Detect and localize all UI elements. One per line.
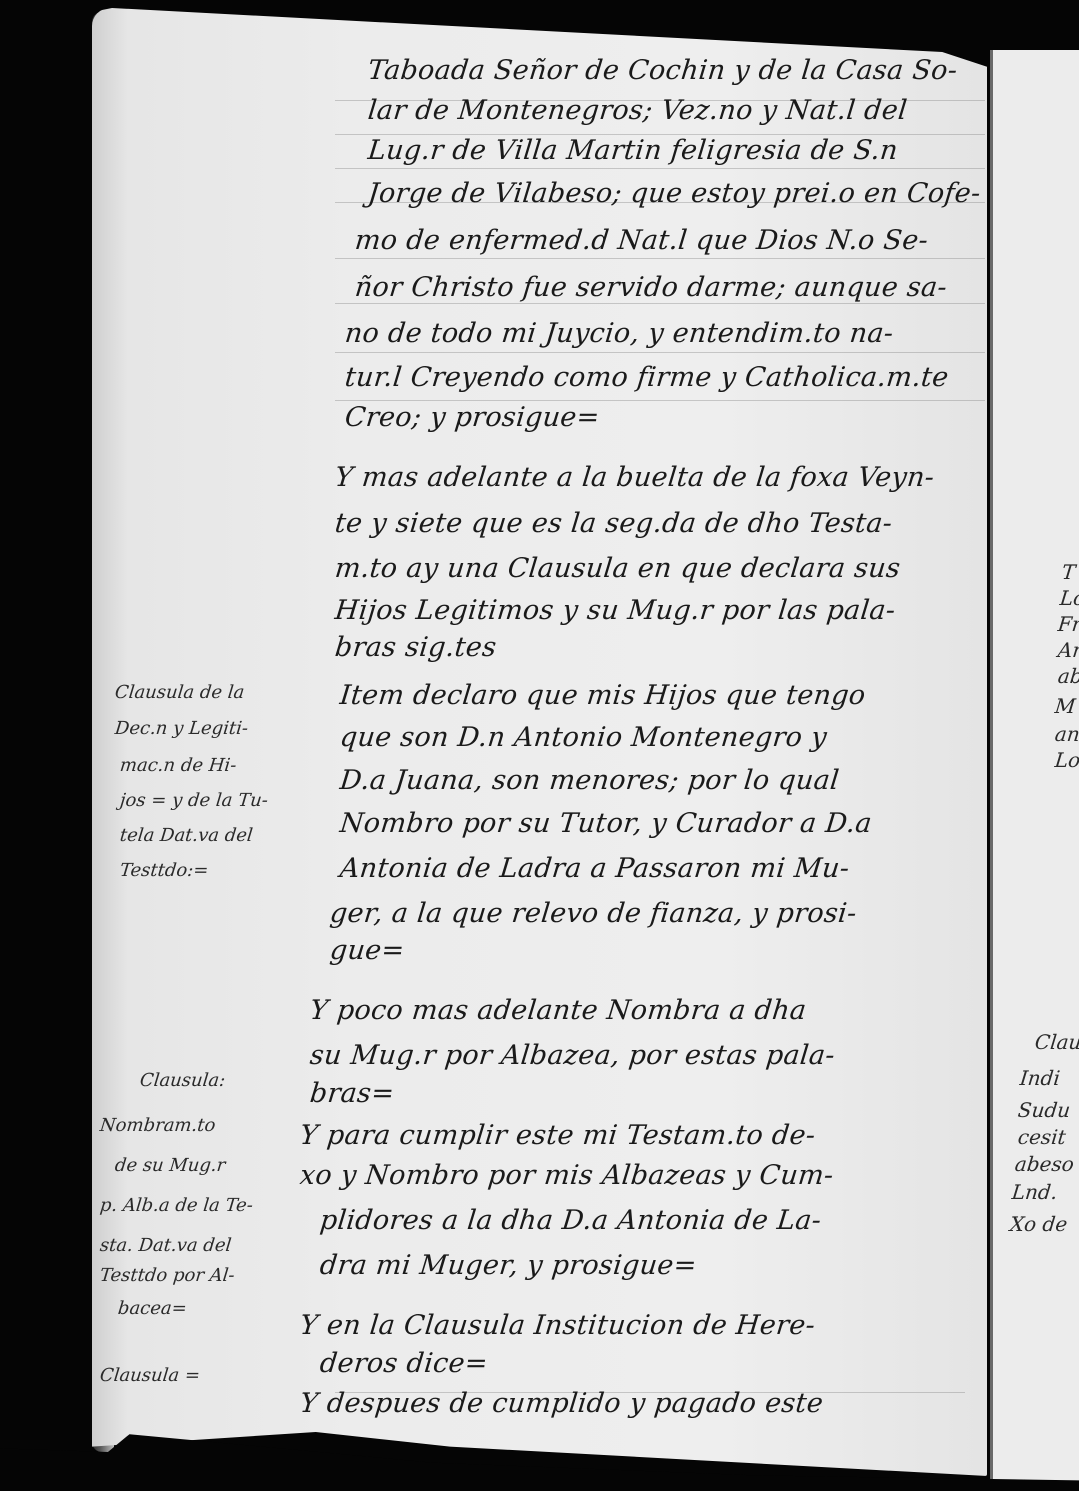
- text-line: Y para cumplir este mi Testam.to de-: [298, 1120, 817, 1151]
- ruled-line: [335, 303, 985, 304]
- text-line: dra mi Muger, y prosigue=: [318, 1250, 698, 1281]
- text-line: Taboada Señor de Cochin y de la Casa So-: [366, 55, 959, 86]
- adjacent-fragment: Lnd.: [1011, 1180, 1059, 1204]
- text-line: m.to ay una Clausula en que declara sus: [333, 553, 902, 584]
- text-line: gue=: [328, 935, 406, 966]
- text-line: D.a Juana, son menores; por lo qual: [338, 765, 840, 796]
- margin-note: p. Alb.a de la Te-: [99, 1195, 254, 1216]
- text-line: Item declaro que mis Hijos que tengo: [338, 680, 867, 711]
- text-line: te y siete que es la seg.da de dho Testa…: [333, 508, 893, 539]
- text-line: ger, a la que relevo de fianza, y prosi-: [328, 898, 858, 929]
- text-line: Y mas adelante a la buelta de la foxa Ve…: [333, 462, 935, 493]
- text-line: Y despues de cumplido y pagado este: [298, 1388, 824, 1419]
- margin-note: Testtdo por Al-: [99, 1265, 236, 1286]
- adjacent-fragment: Fr: [1057, 612, 1079, 636]
- text-line: tur.l Creyendo como firme y Catholica.m.…: [343, 362, 950, 393]
- margin-note: Clausula =: [99, 1365, 201, 1386]
- text-line: no de todo mi Juycio, y entendim.to na-: [343, 318, 895, 349]
- margin-note: sta. Dat.va del: [99, 1235, 233, 1256]
- text-line: mo de enfermed.d Nat.l que Dios N.o Se-: [353, 225, 929, 256]
- adjacent-fragment: cesit: [1017, 1125, 1067, 1149]
- text-line: deros dice=: [318, 1348, 489, 1379]
- text-line: xo y Nombro por mis Albazeas y Cum-: [298, 1160, 835, 1191]
- ruled-line: [335, 168, 985, 169]
- adjacent-fragment: an: [1054, 722, 1079, 746]
- margin-note: tela Dat.va del: [119, 825, 254, 846]
- adjacent-fragment: Xo de: [1009, 1212, 1069, 1236]
- margin-note: Dec.n y Legiti-: [114, 718, 249, 739]
- adjacent-fragment: T: [1061, 560, 1077, 584]
- adjacent-fragment: Lo: [1054, 748, 1079, 772]
- ruled-line: [335, 258, 985, 259]
- text-line: Antonia de Ladra a Passaron mi Mu-: [338, 853, 851, 884]
- text-line: Jorge de Vilabeso; que estoy prei.o en C…: [366, 178, 982, 209]
- text-line: su Mug.r por Albazea, por estas pala-: [308, 1040, 836, 1071]
- text-line: Creo; y prosigue=: [343, 402, 601, 433]
- margin-note: de su Mug.r: [114, 1155, 227, 1176]
- text-line: Hijos Legitimos y su Mug.r por las pala-: [333, 595, 897, 626]
- text-line: bras sig.tes: [333, 632, 498, 663]
- adjacent-fragment: Ar: [1057, 638, 1079, 662]
- text-line: que son D.n Antonio Montenegro y: [338, 722, 828, 753]
- margin-note: bacea=: [117, 1298, 188, 1319]
- adjacent-fragment: ab: [1057, 664, 1079, 688]
- text-line: ñor Christo fue servido darme; aunque sa…: [353, 272, 948, 303]
- ruled-line: [335, 352, 985, 353]
- adjacent-fragment: Lo: [1059, 586, 1079, 610]
- ruled-line: [335, 400, 985, 401]
- adjacent-fragment: Clausu: [1034, 1030, 1079, 1054]
- text-line: Y en la Clausula Institucion de Here-: [298, 1310, 816, 1341]
- adjacent-fragment: Sudu: [1017, 1098, 1072, 1122]
- margin-note: Clausula de la: [114, 682, 245, 703]
- margin-note: Clausula:: [139, 1070, 226, 1091]
- margin-note: Nombram.to: [99, 1115, 217, 1136]
- text-line: Nombro por su Tutor, y Curador a D.a: [338, 808, 873, 839]
- adjacent-fragment: M: [1054, 694, 1077, 718]
- text-line: Y poco mas adelante Nombra a dha: [308, 995, 808, 1026]
- adjacent-fragment: Indi: [1019, 1066, 1062, 1090]
- text-line: bras=: [308, 1078, 396, 1109]
- margin-note: jos = y de la Tu-: [119, 790, 269, 811]
- margin-note: mac.n de Hi-: [119, 755, 238, 776]
- margin-note: Testtdo:=: [119, 860, 210, 881]
- text-line: Lug.r de Villa Martin feligresia de S.n: [366, 135, 899, 166]
- text-line: plidores a la dha D.a Antonia de La-: [318, 1205, 822, 1236]
- text-line: lar de Montenegros; Vez.no y Nat.l del: [366, 95, 908, 126]
- adjacent-fragment: abeso: [1014, 1152, 1075, 1176]
